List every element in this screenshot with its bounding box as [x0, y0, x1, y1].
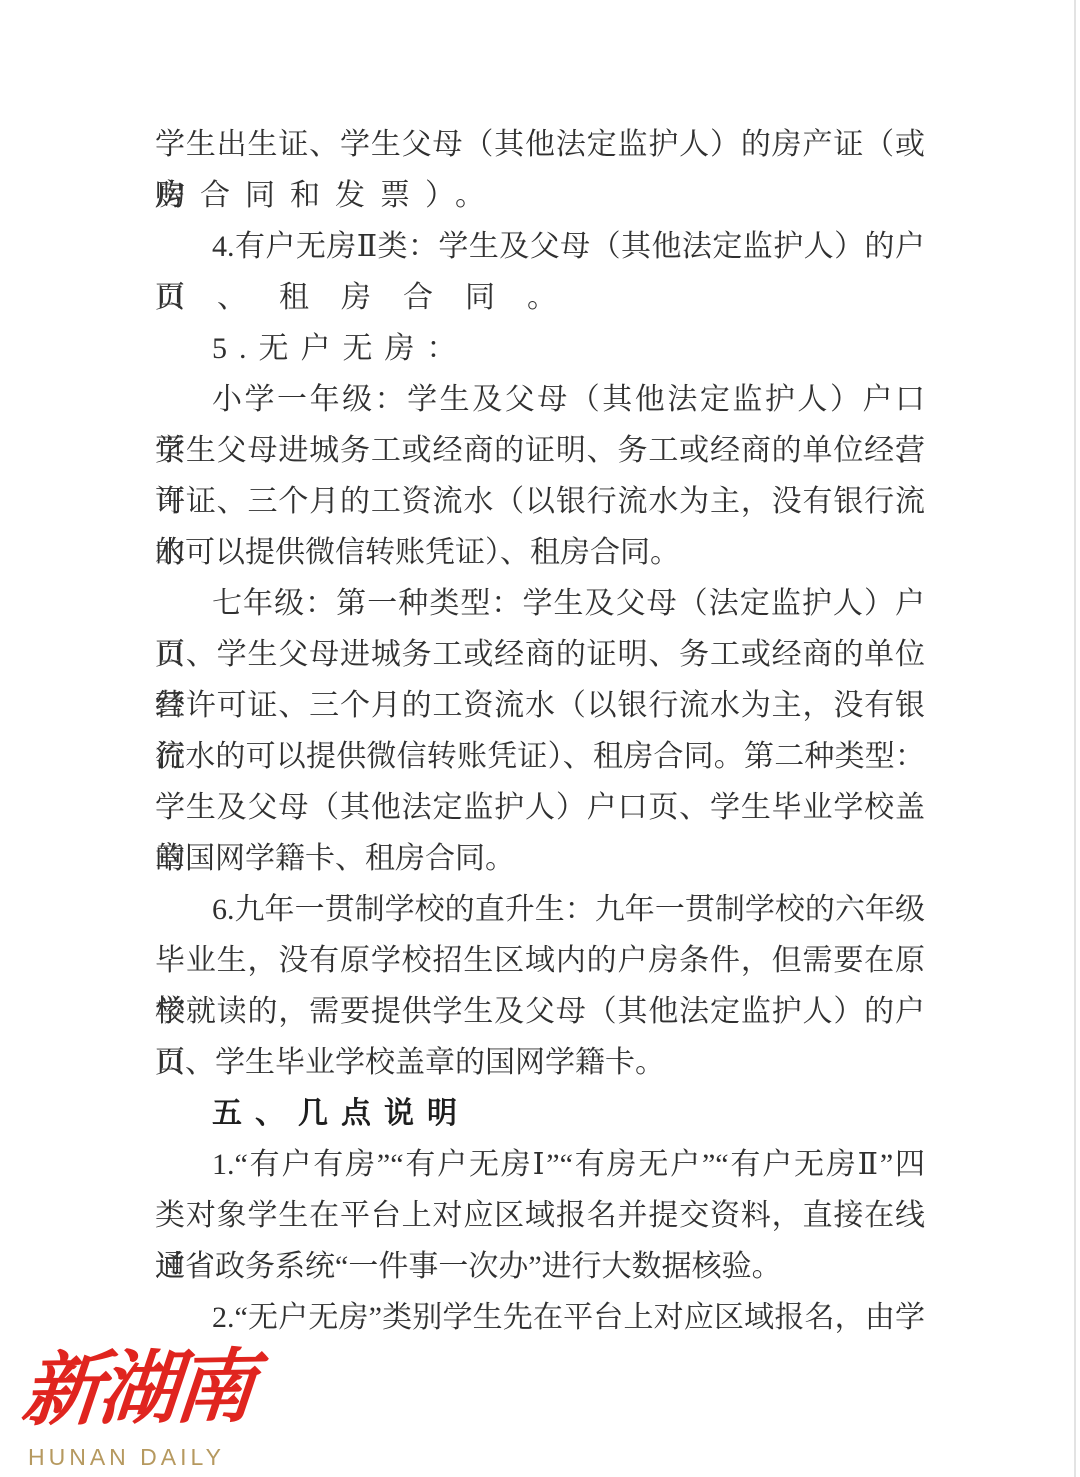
page-right-border	[1074, 0, 1076, 1477]
text-line-10: 七年级：第一种类型：学生及父母（法定监护人）户口	[155, 578, 925, 629]
text-line-16: 6.九年一贯制学校的直升生：九年一贯制学校的六年级	[155, 884, 925, 935]
text-line-23: 过省政务系统“一件事一次办”进行大数据核验。	[155, 1241, 925, 1292]
logo-chinese-calligraphy: 新湖南	[18, 1337, 287, 1442]
logo-english-text: HUNAN DAILY	[18, 1444, 278, 1470]
hunan-daily-logo: 新湖南 HUNAN DAILY	[18, 1342, 278, 1470]
text-line-1: 学生出生证、学生父母（其他法定监护人）的房产证（或购	[155, 119, 925, 170]
section-heading: 五、几点说明	[155, 1088, 925, 1139]
text-line-24: 2.“无户无房”类别学生先在平台上对应区域报名，由学	[155, 1292, 925, 1343]
text-line-22: 类对象学生在平台上对应区域报名并提交资料，直接在线通	[155, 1190, 925, 1241]
document-page: 学生出生证、学生父母（其他法定监护人）的房产证（或购 房合同和发票）。 4.有户…	[0, 0, 1080, 1477]
text-line-6: 小学一年级：学生及父母（其他法定监护人）户口页、	[155, 374, 925, 425]
text-line-17: 毕业生，没有原学校招生区域内的户房条件，但需要在原学	[155, 935, 925, 986]
text-line-4: 页、租房合同。	[155, 272, 925, 323]
text-line-3: 4.有户无房Ⅱ类：学生及父母（其他法定监护人）的户口	[155, 221, 925, 272]
text-line-8: 可证、三个月的工资流水（以银行流水为主，没有银行流水	[155, 476, 925, 527]
text-line-13: 流水的可以提供微信转账凭证）、租房合同。第二种类型：	[155, 731, 925, 782]
text-line-5: 5.无户无房：	[155, 323, 925, 374]
text-line-19: 页、学生毕业学校盖章的国网学籍卡。	[155, 1037, 925, 1088]
text-line-15: 的国网学籍卡、租房合同。	[155, 833, 925, 884]
text-line-12: 营许可证、三个月的工资流水（以银行流水为主，没有银行	[155, 680, 925, 731]
text-line-7: 学生父母进城务工或经商的证明、务工或经商的单位经营许	[155, 425, 925, 476]
text-line-2: 房合同和发票）。	[155, 170, 925, 221]
text-line-9: 的可以提供微信转账凭证）、租房合同。	[155, 527, 925, 578]
text-line-21: 1.“有户有房”“有户无房Ⅰ”“有房无户”“有户无房Ⅱ”四	[155, 1139, 925, 1190]
article-body: 学生出生证、学生父母（其他法定监护人）的房产证（或购 房合同和发票）。 4.有户…	[155, 119, 925, 1343]
text-line-14: 学生及父母（其他法定监护人）户口页、学生毕业学校盖章	[155, 782, 925, 833]
text-line-11: 页、学生父母进城务工或经商的证明、务工或经商的单位经	[155, 629, 925, 680]
text-line-18: 校就读的，需要提供学生及父母（其他法定监护人）的户口	[155, 986, 925, 1037]
